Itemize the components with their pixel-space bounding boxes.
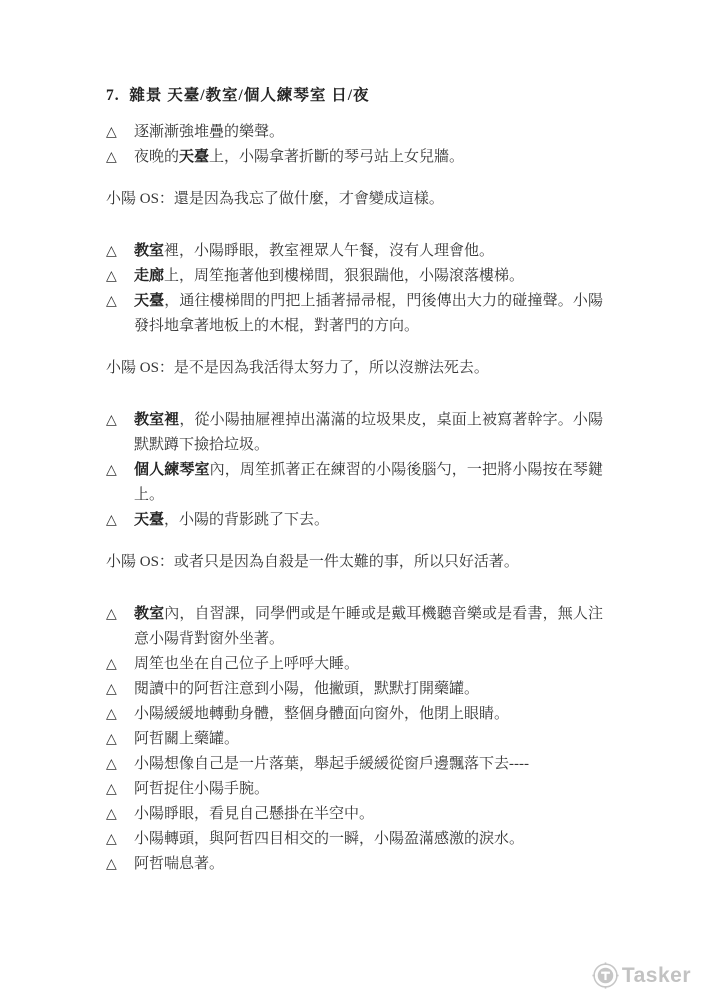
triangle-marker: △	[106, 702, 117, 727]
action-line: △逐漸漸強堆疊的樂聲。	[106, 120, 603, 145]
triangle-marker: △	[106, 145, 117, 170]
action-text: 小陽睜眼，看見自己懸掛在半空中。	[134, 806, 374, 822]
triangle-marker: △	[106, 264, 117, 289]
action-line: △教室裡，小陽睜眼，教室裡眾人午餐，沒有人理會他。	[106, 239, 603, 264]
action-text: 逐漸漸強堆疊的樂聲。	[134, 124, 284, 140]
tasker-logo-icon	[592, 962, 619, 989]
triangle-marker: △	[106, 802, 117, 827]
location-emphasis: 個人練琴室	[134, 462, 210, 478]
triangle-marker: △	[106, 752, 117, 777]
tasker-watermark: Tasker	[592, 962, 691, 989]
location-emphasis: 走廊	[134, 268, 164, 284]
action-line: △走廊上，周笙拖著他到樓梯間，狠狠踹他，小陽滾落樓梯。	[106, 264, 603, 289]
triangle-marker: △	[106, 289, 117, 314]
action-line: △夜晚的天臺上，小陽拿著折斷的琴弓站上女兒牆。	[106, 145, 603, 170]
triangle-marker: △	[106, 408, 117, 433]
action-text: 裡，小陽睜眼，教室裡眾人午餐，沒有人理會他。	[164, 243, 494, 259]
triangle-marker: △	[106, 652, 117, 677]
action-line: △小陽睜眼，看見自己懸掛在半空中。	[106, 802, 603, 827]
action-text: ，通往樓梯間的門把上插著掃帚棍，門後傳出大力的碰撞聲。小陽發抖地拿著地板上的木棍…	[134, 293, 603, 334]
action-text: 上，周笙拖著他到樓梯間，狠狠踹他，小陽滾落樓梯。	[164, 268, 524, 284]
script-body: △逐漸漸強堆疊的樂聲。△夜晚的天臺上，小陽拿著折斷的琴弓站上女兒牆。小陽 OS：…	[106, 120, 603, 877]
action-text: 周笙也坐在自己位子上呼呼大睡。	[134, 656, 359, 672]
action-line: △教室裡，從小陽抽屜裡掉出滿滿的垃圾果皮，桌面上被寫著幹字。小陽默默蹲下撿拾垃圾…	[106, 408, 603, 458]
action-text: 阿哲捉住小陽手腕。	[134, 781, 269, 797]
action-line: △阿哲捉住小陽手腕。	[106, 777, 603, 802]
action-text: 上，小陽拿著折斷的琴弓站上女兒牆。	[209, 149, 464, 165]
triangle-marker: △	[106, 602, 117, 627]
location-emphasis: 教室裡	[134, 412, 179, 428]
triangle-marker: △	[106, 852, 117, 877]
action-line: △小陽轉頭，與阿哲四目相交的一瞬，小陽盈滿感激的淚水。	[106, 827, 603, 852]
triangle-marker: △	[106, 458, 117, 483]
action-text: 小陽轉頭，與阿哲四目相交的一瞬，小陽盈滿感激的淚水。	[134, 831, 524, 847]
triangle-marker: △	[106, 727, 117, 752]
action-text: 夜晚的	[134, 149, 179, 165]
triangle-marker: △	[106, 677, 117, 702]
action-text: 阿哲喘息著。	[134, 856, 224, 872]
action-line: △周笙也坐在自己位子上呼呼大睡。	[106, 652, 603, 677]
document-page: 7. 雜景 天臺/教室/個人練琴室 日/夜 △逐漸漸強堆疊的樂聲。△夜晚的天臺上…	[0, 0, 706, 1000]
action-text: ，從小陽抽屜裡掉出滿滿的垃圾果皮，桌面上被寫著幹字。小陽默默蹲下撿拾垃圾。	[134, 412, 603, 453]
action-line: △小陽緩緩地轉動身體，整個身體面向窗外，他閉上眼睛。	[106, 702, 603, 727]
action-text: 小陽想像自己是一片落葉，舉起手緩緩從窗戶邊飄落下去----	[134, 756, 529, 772]
triangle-marker: △	[106, 508, 117, 533]
os-line: 小陽 OS：還是因為我忘了做什麼，才會變成這樣。	[106, 187, 603, 212]
action-line: △個人練琴室內，周笙抓著正在練習的小陽後腦勺，一把將小陽按在琴鍵上。	[106, 458, 603, 508]
location-emphasis: 天臺	[134, 512, 164, 528]
action-line: △阿哲關上藥罐。	[106, 727, 603, 752]
location-emphasis: 天臺	[179, 149, 209, 165]
action-text: 內，自習課，同學們或是午睡或是戴耳機聽音樂或是看書，無人注意小陽背對窗外坐著。	[134, 606, 603, 647]
action-text: 小陽緩緩地轉動身體，整個身體面向窗外，他閉上眼睛。	[134, 706, 509, 722]
action-line: △閱讀中的阿哲注意到小陽，他撇頭，默默打開藥罐。	[106, 677, 603, 702]
action-line: △天臺，通往樓梯間的門把上插著掃帚棍，門後傳出大力的碰撞聲。小陽發抖地拿著地板上…	[106, 289, 603, 339]
os-line: 小陽 OS：是不是因為我活得太努力了，所以沒辦法死去。	[106, 356, 603, 381]
os-line: 小陽 OS：或者只是因為自殺是一件太難的事，所以只好活著。	[106, 550, 603, 575]
action-line: △天臺，小陽的背影跳了下去。	[106, 508, 603, 533]
triangle-marker: △	[106, 239, 117, 264]
triangle-marker: △	[106, 827, 117, 852]
location-emphasis: 教室	[134, 606, 164, 622]
watermark-brand: Tasker	[622, 964, 691, 988]
action-text: 阿哲關上藥罐。	[134, 731, 239, 747]
location-emphasis: 教室	[134, 243, 164, 259]
action-line: △阿哲喘息著。	[106, 852, 603, 877]
triangle-marker: △	[106, 777, 117, 802]
action-line: △教室內，自習課，同學們或是午睡或是戴耳機聽音樂或是看書，無人注意小陽背對窗外坐…	[106, 602, 603, 652]
action-line: △小陽想像自己是一片落葉，舉起手緩緩從窗戶邊飄落下去----	[106, 752, 603, 777]
action-text: 閱讀中的阿哲注意到小陽，他撇頭，默默打開藥罐。	[134, 681, 479, 697]
script-content: 7. 雜景 天臺/教室/個人練琴室 日/夜 △逐漸漸強堆疊的樂聲。△夜晚的天臺上…	[106, 86, 603, 877]
location-emphasis: 天臺	[134, 293, 164, 309]
scene-heading: 7. 雜景 天臺/教室/個人練琴室 日/夜	[106, 86, 603, 106]
triangle-marker: △	[106, 120, 117, 145]
action-text: ，小陽的背影跳了下去。	[164, 512, 329, 528]
